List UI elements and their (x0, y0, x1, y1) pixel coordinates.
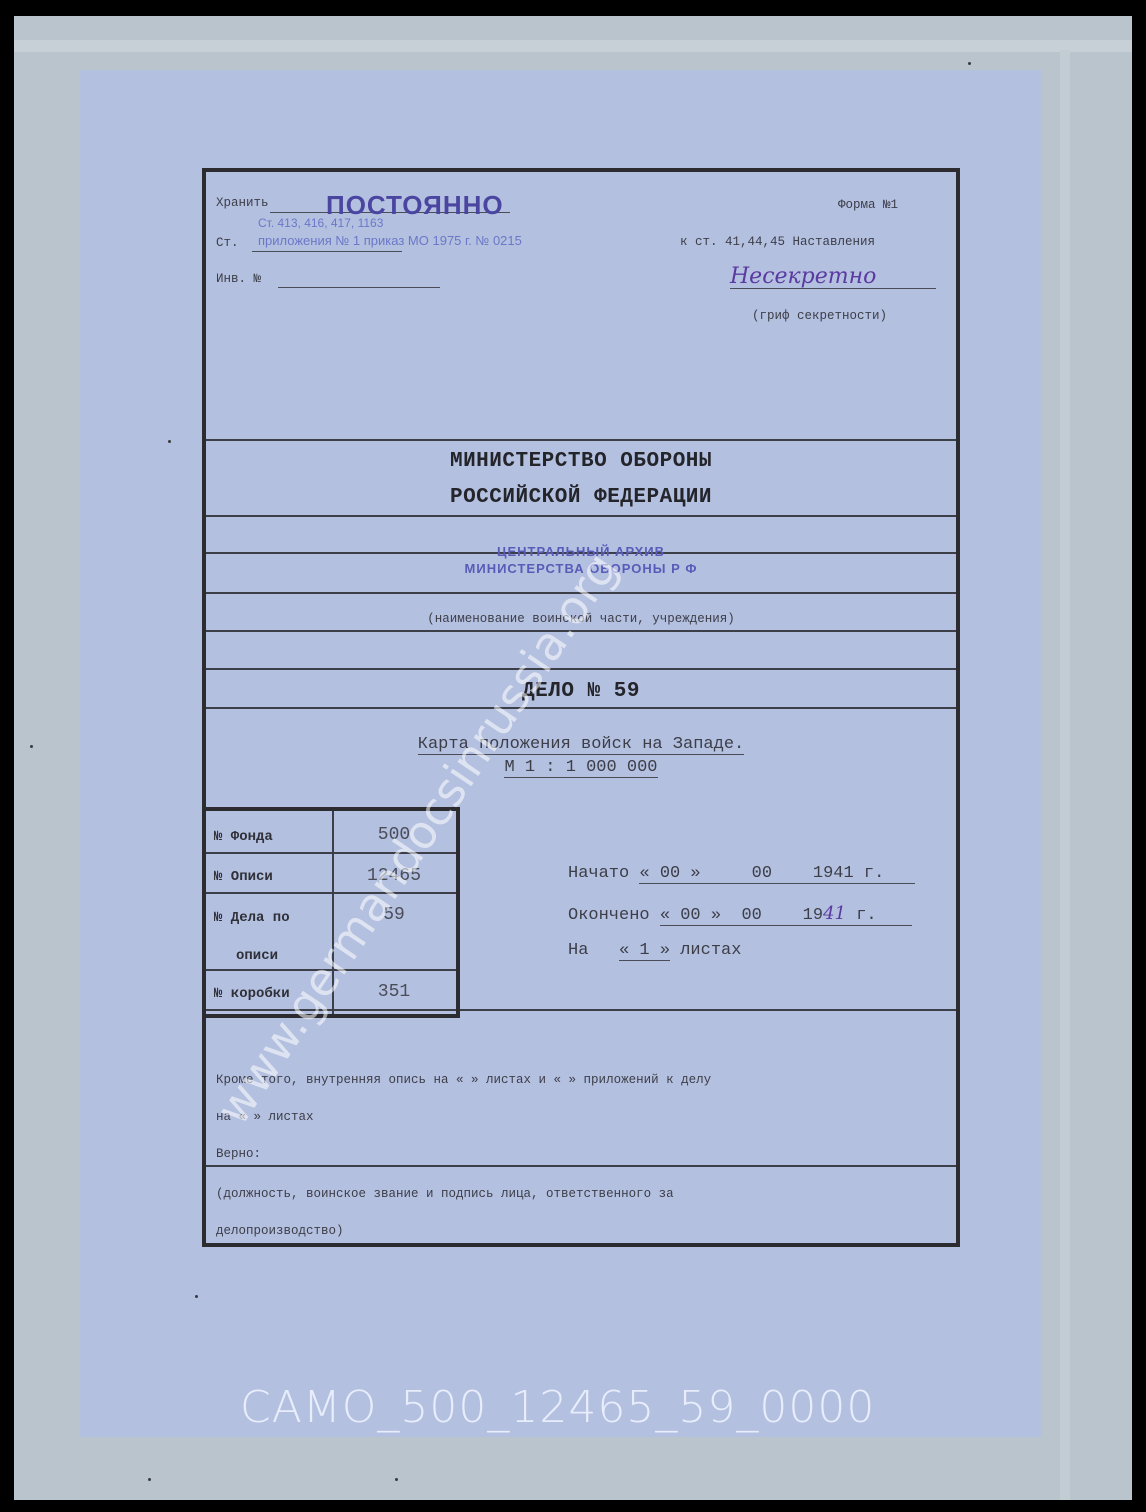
table-rule (206, 892, 456, 894)
finished-year-prefix: 19 (803, 906, 823, 925)
ministry-line-1: МИНИСТЕРСТВО ОБОРОНЫ (206, 450, 956, 473)
document-id-watermark: CAMO_500_12465_59_0000 (240, 1382, 875, 1433)
finished-day: « 00 » (660, 906, 721, 925)
scan-speck (395, 1478, 398, 1481)
rule (206, 1165, 956, 1167)
form-number: Форма №1 (838, 198, 898, 212)
secrecy-handwritten: Несекретно (730, 264, 876, 289)
order-stamp: приложения № 1 приказ МО 1975 г. № 0215 (258, 233, 522, 248)
started-month: 00 (752, 864, 772, 883)
scan-speck (168, 440, 171, 443)
started-row: Начато « 00 » 00 1941 г. (568, 864, 915, 884)
sheets-suffix: листах (680, 941, 741, 960)
started-field: « 00 » 00 1941 г. (639, 864, 915, 884)
sheets-label: На (568, 941, 588, 960)
inventory-number-label: Инв. № (216, 272, 261, 286)
rule (206, 707, 956, 709)
keep-label: Хранить (216, 196, 269, 210)
article-label: Ст. (216, 236, 239, 250)
secrecy-underline (730, 288, 936, 289)
finished-label: Окончено (568, 906, 650, 925)
finished-field: « 00 » 00 1941 г. (660, 903, 912, 926)
fond-label: № Фонда (214, 829, 273, 845)
case-title: ДЕЛО № 59 (206, 680, 956, 703)
rule (206, 515, 956, 517)
signature-caption-2: делопроизводство) (216, 1224, 344, 1238)
secrecy-caption: (гриф секретности) (752, 309, 887, 323)
finished-year-handwritten: 41 (823, 903, 846, 924)
finished-month: 00 (741, 906, 761, 925)
delo-label-2: описи (236, 948, 278, 964)
started-label: Начато (568, 864, 629, 883)
scanner-edge (14, 40, 1132, 52)
inventory-note-1: Кроме того, внутренняя опись на « » лист… (216, 1073, 711, 1087)
signature-caption-1: (должность, воинское звание и подпись ли… (216, 1187, 674, 1201)
article-underline (252, 251, 402, 252)
form-reference: к ст. 41,44,45 Наставления (680, 235, 875, 249)
case-description-1: Карта положения войск на Западе. (206, 735, 956, 754)
verified-label: Верно: (216, 1147, 261, 1161)
sheets-row: На « 1 » листах (568, 941, 741, 960)
case-cover-form: Хранить ПОСТОЯННО Ст. 413, 416, 417, 116… (202, 168, 960, 1247)
ministry-line-2: РОССИЙСКОЙ ФЕДЕРАЦИИ (206, 486, 956, 509)
scanner-edge-vertical (1060, 50, 1070, 1500)
opis-label: № Описи (214, 869, 273, 885)
scan-speck (195, 1295, 198, 1298)
box-value: 351 (332, 982, 456, 1002)
case-scale-text: М 1 : 1 000 000 (504, 758, 657, 778)
inventory-number-field[interactable] (278, 287, 440, 288)
scan-speck (30, 745, 33, 748)
finished-row: Окончено « 00 » 00 1941 г. (568, 903, 912, 926)
delo-label: № Дела по (214, 910, 290, 926)
rule (206, 668, 956, 670)
started-day: « 00 » (639, 864, 700, 883)
case-scale: М 1 : 1 000 000 (206, 758, 956, 777)
scan-speck (148, 1478, 151, 1481)
finished-year-suffix: г. (856, 906, 876, 925)
sheets-value: « 1 » (619, 941, 670, 961)
started-year: 1941 г. (813, 864, 884, 883)
scan-speck (968, 62, 971, 65)
rule (206, 439, 956, 441)
articles-stamp: Ст. 413, 416, 417, 1163 (258, 216, 383, 230)
